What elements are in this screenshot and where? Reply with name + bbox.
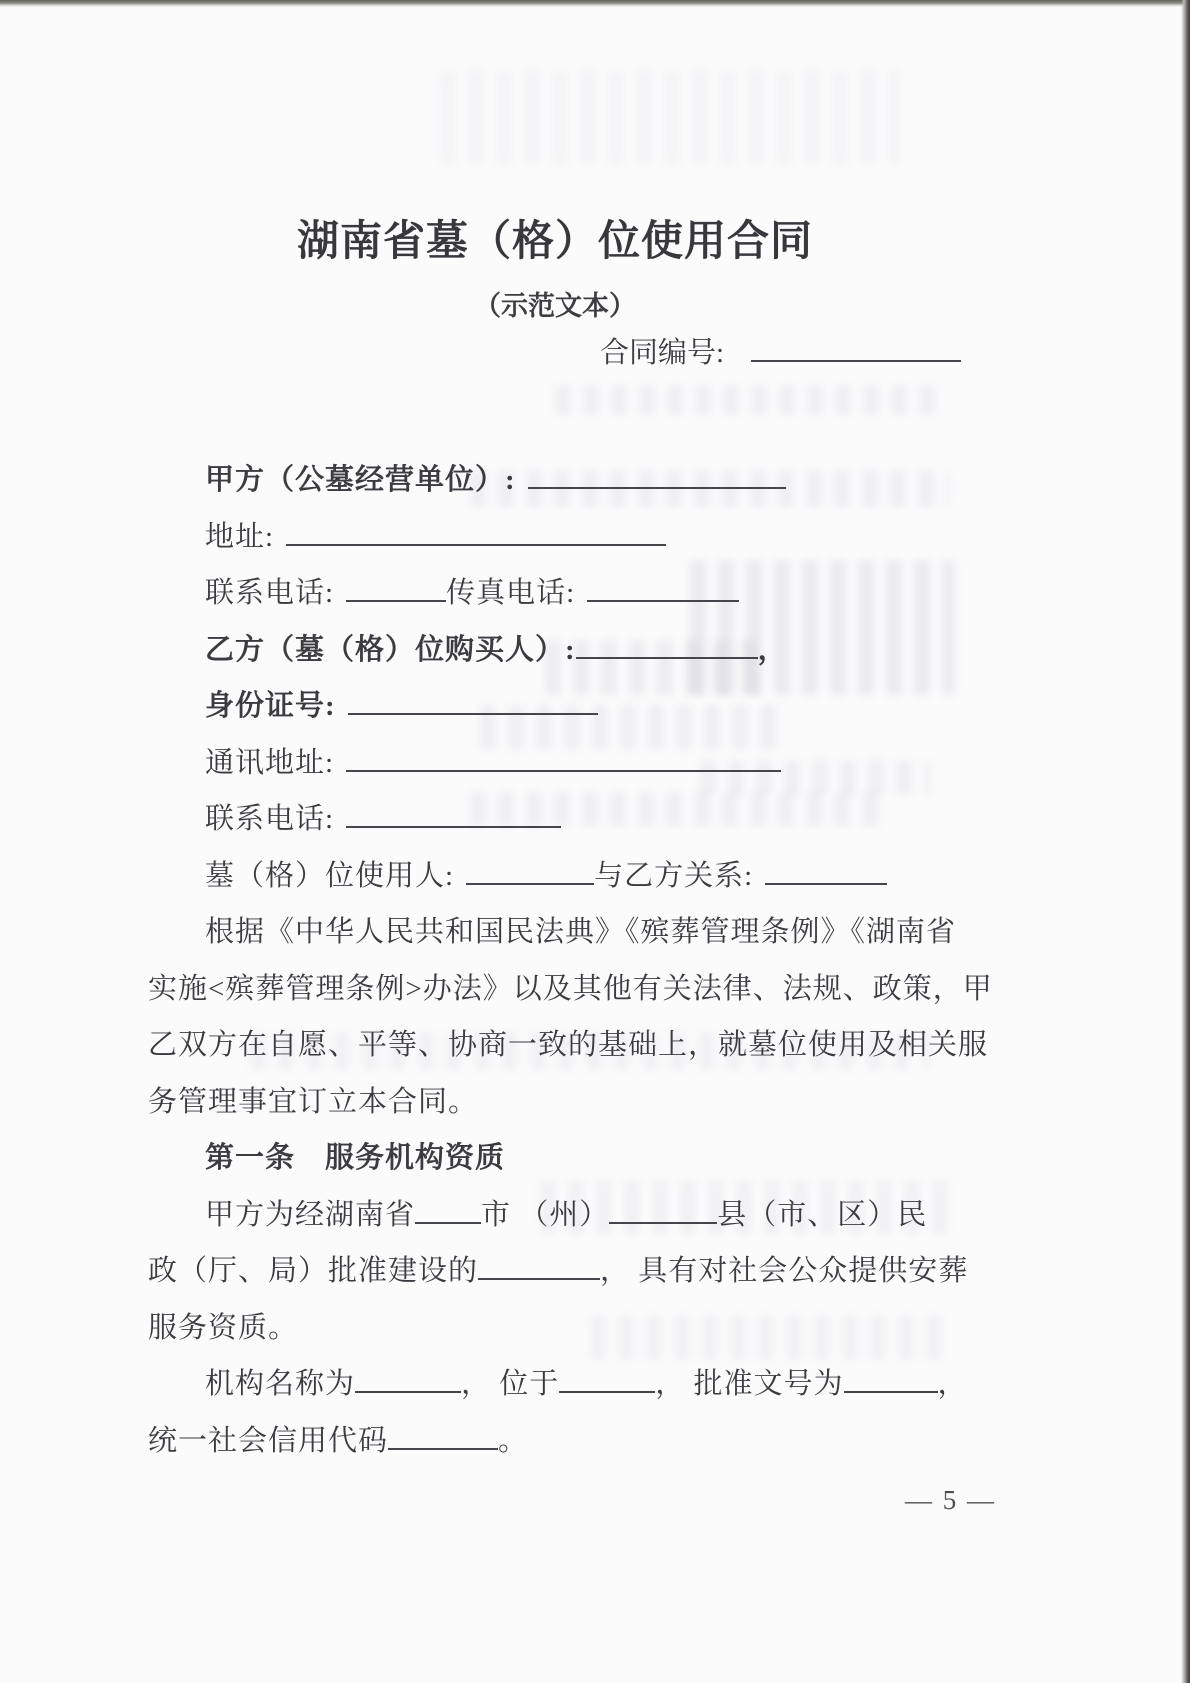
- credit-code-blank: [388, 1419, 498, 1450]
- article-1-line-2: 政（厅、局）批准建设的， 具有对社会公众提供安葬: [148, 1243, 978, 1300]
- article-1-line-4-text: ，: [938, 1368, 968, 1400]
- article-1-line-2-text: ， 具有对社会公众提供安葬: [600, 1255, 968, 1287]
- preamble-line-4: 务管理事宜订立本合同。: [148, 1074, 978, 1131]
- party-b-mail-row: 通讯地址:: [148, 735, 978, 792]
- party-a-address-blank: [286, 515, 666, 546]
- scan-edge-top: [0, 0, 1190, 7]
- party-a-name-blank: [528, 458, 786, 489]
- article-1-line-4-text: ， 批准文号为: [655, 1368, 843, 1400]
- contract-number-row: 合同编号:: [600, 330, 961, 371]
- approval-doc-no-blank: [844, 1362, 938, 1393]
- contract-body: 甲方（公墓经营单位）: 地址: 联系电话:传真电话: 乙方（墓（格）位购买人）:…: [148, 452, 978, 1469]
- party-b-name-row: 乙方（墓（格）位购买人）:，: [148, 622, 978, 679]
- article-1-line-1-text: 县（市、区）民: [717, 1199, 927, 1231]
- document-title: 湖南省墓（格）位使用合同: [148, 208, 962, 268]
- bleedthrough-artifact: [440, 70, 900, 165]
- party-b-phone-blank: [346, 797, 561, 828]
- article-1-line-5-text: 统一社会信用代码: [148, 1425, 388, 1457]
- party-b-id-label: 身份证号:: [205, 690, 336, 722]
- party-a-address-row: 地址:: [148, 509, 978, 566]
- contract-number-label: 合同编号:: [600, 337, 724, 369]
- party-a-address-label: 地址:: [205, 521, 274, 553]
- article-1-line-5-text: 。: [498, 1425, 528, 1457]
- preamble-line-1: 根据《中华人民共和国民法典》《殡葬管理条例》《湖南省: [148, 904, 978, 961]
- county-blank: [609, 1193, 717, 1224]
- preamble-line-2: 实施<殡葬管理条例>办法》以及其他有关法律、法规、政策，甲: [148, 961, 978, 1018]
- party-a-phone-label: 联系电话:: [205, 577, 334, 609]
- party-a-fax-blank: [587, 571, 739, 602]
- party-a-fax-label: 传真电话:: [446, 577, 575, 609]
- party-b-id-blank: [348, 684, 598, 715]
- article-1-line-2-text: 政（厅、局）批准建设的: [148, 1255, 478, 1287]
- party-b-phone-label: 联系电话:: [205, 803, 334, 835]
- relation-label: 与乙方关系:: [594, 860, 753, 892]
- location-blank: [559, 1362, 655, 1393]
- article-1-line-3: 服务资质。: [148, 1300, 978, 1357]
- party-a-name-row: 甲方（公墓经营单位）:: [148, 452, 978, 509]
- city-blank: [415, 1193, 481, 1224]
- grave-user-row: 墓（格）位使用人:与乙方关系:: [148, 848, 978, 905]
- approval-authority-blank: [478, 1249, 600, 1280]
- party-b-name-suffix: ，: [758, 634, 788, 666]
- document-subtitle: （示范文本）: [148, 284, 962, 323]
- relation-blank: [765, 854, 887, 885]
- scan-edge-right: [1181, 0, 1190, 1683]
- org-name-blank: [355, 1362, 461, 1393]
- article-1-heading: 第一条 服务机构资质: [148, 1130, 978, 1187]
- article-1-line-1: 甲方为经湖南省市 （州）县（市、区）民: [148, 1187, 978, 1244]
- article-1-line-4-text: ， 位于: [461, 1368, 559, 1400]
- preamble-line-3: 乙双方在自愿、平等、协商一致的基础上，就墓位使用及相关服: [148, 1017, 978, 1074]
- page-number: — 5 —: [905, 1485, 996, 1516]
- party-b-mail-label: 通讯地址:: [205, 747, 334, 779]
- grave-user-blank: [466, 854, 594, 885]
- grave-user-label: 墓（格）位使用人:: [205, 860, 454, 892]
- party-b-mail-blank: [346, 741, 781, 772]
- party-a-phone-fax-row: 联系电话:传真电话:: [148, 565, 978, 622]
- bleedthrough-artifact: [555, 385, 945, 415]
- article-1-line-4: 机构名称为， 位于， 批准文号为，: [148, 1356, 978, 1413]
- scanned-contract-page: { "header": { "title": "湖南省墓（格）位使用合同", "…: [0, 0, 1190, 1683]
- article-1-line-1-text: 市 （州）: [481, 1199, 609, 1231]
- article-1-line-1-text: 甲方为经湖南省: [205, 1199, 415, 1231]
- article-1-line-5: 统一社会信用代码。: [148, 1413, 978, 1470]
- party-a-name-label: 甲方（公墓经营单位）:: [205, 464, 516, 496]
- contract-number-blank: [751, 331, 961, 362]
- party-a-phone-blank: [346, 571, 446, 602]
- party-b-name-blank: [576, 628, 758, 659]
- party-b-id-row: 身份证号:: [148, 678, 978, 735]
- article-1-line-4-text: 机构名称为: [205, 1368, 355, 1400]
- party-b-phone-row: 联系电话:: [148, 791, 978, 848]
- party-b-name-label: 乙方（墓（格）位购买人）:: [205, 634, 576, 666]
